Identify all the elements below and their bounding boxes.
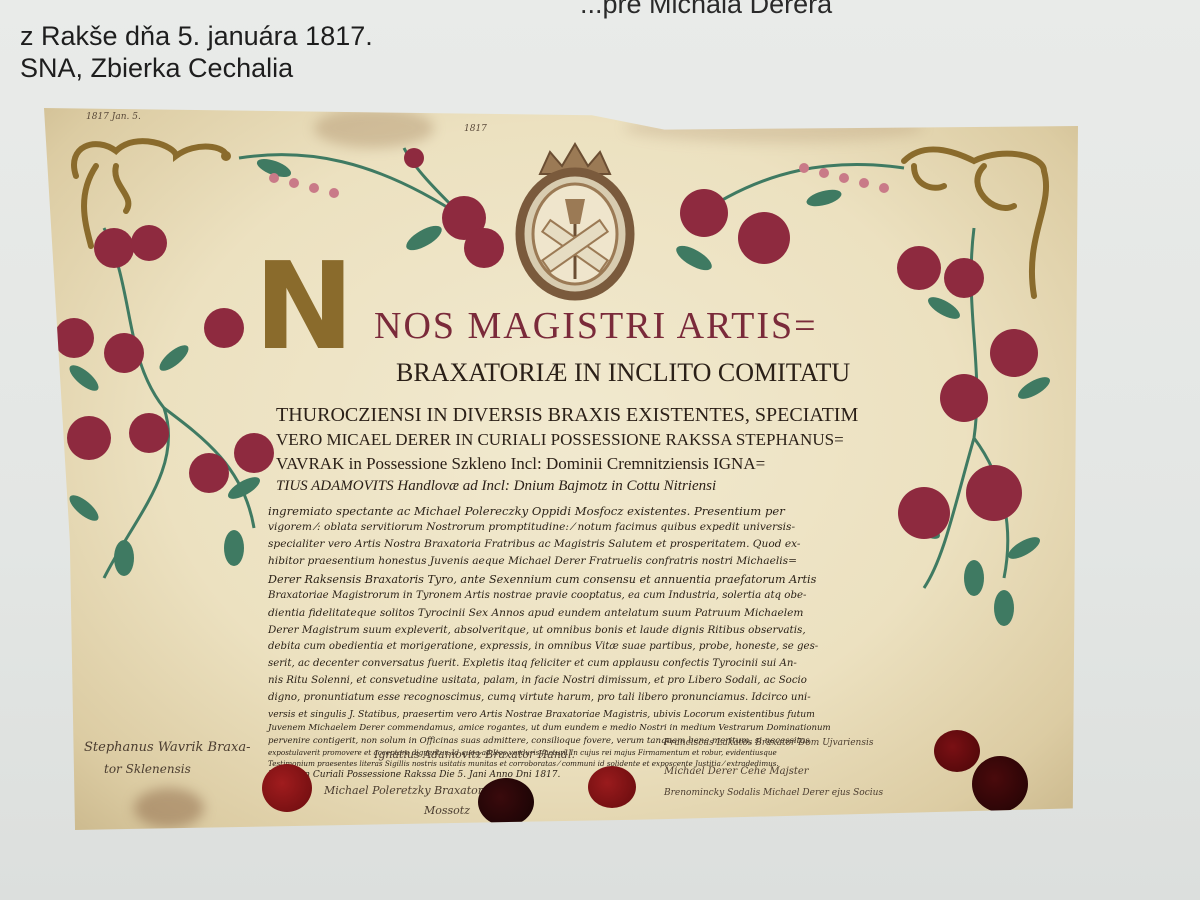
signature-middle-2: Michael Poleretzky Braxator [324,784,483,797]
body-line: specialiter vero Artis Nostra Braxatoria… [268,538,800,550]
body-line: Braxatoriae Magistrorum in Tyronem Artis… [268,590,806,601]
heading-line-2: BRAXATORIÆ IN INCLITO COMITATU [396,358,850,388]
wax-seal-icon [972,756,1028,812]
body-line: serit, ac decenter conversatus fuerit. E… [268,658,797,669]
body-line: ingremiato spectante ac Michael Polerecz… [268,504,785,518]
wax-seal-icon [934,730,980,772]
body-line: digno, pronuntiatum esse recognoscimus, … [268,692,811,703]
body-line: versis et singulis J. Statibus, praesert… [268,709,815,720]
caption-line-source: SNA, Zbierka Cechalia [20,52,373,84]
heading-line-6: TIUS ADAMOVITS Handlovæ ad Incl: Dnium B… [276,478,716,495]
illuminated-initial-n: N [254,238,354,377]
heading-line-4: VERO MICAEL DERER IN CURIALI POSSESSIONE… [276,430,844,450]
signature-left-2: tor Sklenensis [104,762,191,776]
signature-left-1: Stephanus Wavrik Braxa- [84,740,251,755]
caption-line-date: z Rakše dňa 5. januára 1817. [20,20,373,52]
body-line: nis Ritu Solenni, et consvetudine usitat… [268,675,807,686]
historical-guild-certificate: 1817 Jan. 5. 1817 [44,108,1078,830]
heading-line-1: NOS MAGISTRI ARTIS= [374,304,818,348]
body-line: debita cum obedientia et morigeratione, … [268,641,818,652]
caption-cut-line: ...pre Michala Derera [580,0,832,20]
signature-right-1: Franciscus Lakatos Braxator Dom Ujvarien… [664,738,873,748]
body-line: Derer Magistrum suum expleverit, absolve… [268,624,806,636]
wax-seal-icon [588,766,636,808]
signature-middle-1: Ignatius Adamovitz Braxator Handl. [374,748,575,761]
signature-right-2: Michael Derer Cehe Majster [664,766,809,777]
wax-seal-icon [478,778,534,826]
signature-middle-3: Mossotz [424,804,470,817]
body-line: dientia fidelitateque solitos Tyrocinii … [268,607,803,619]
wax-seal-icon [262,764,312,812]
body-line: Juvenem Michaelem Derer commendamus, ami… [268,723,831,733]
body-line-date: Datum in Curiali Possessione Rakssa Die … [268,770,560,780]
body-line: hibitor praesentium honestus Juvenis aeq… [268,555,797,567]
heading-line-5: VAVRAK in Possessione Szkleno Incl: Domi… [276,454,765,474]
signature-right-3: Brenomincky Sodalis Michael Derer ejus S… [664,788,883,798]
body-line: Derer Raksensis Braxatoris Tyro, ante Se… [268,573,816,586]
stain [134,788,204,828]
heading-line-3: THUROCZIENSI IN DIVERSIS BRAXIS EXISTENT… [276,404,858,427]
body-line: vigorem ⁄: oblata servitiorum Nostrorum … [268,521,795,533]
exhibit-caption: ...pre Michala Derera z Rakše dňa 5. jan… [20,0,373,84]
